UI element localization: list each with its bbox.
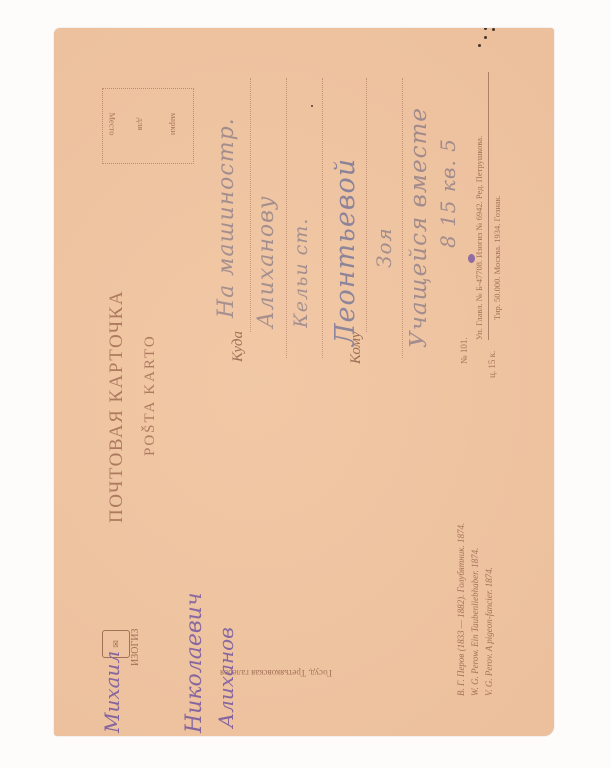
postcard: Место для марки ПОЧТОВАЯ КАРТОЧКА POŠTA … bbox=[54, 28, 554, 736]
stamp-label-2: для bbox=[136, 118, 146, 130]
handwriting-recipient: Леонтьевой bbox=[330, 158, 361, 346]
address-line-1 bbox=[250, 78, 251, 332]
speck bbox=[492, 28, 495, 31]
imprint-line-2: Тир. 50.000. Москва. 1934. Гознак. bbox=[492, 195, 502, 320]
handwriting-line-6: Учащейся вместе bbox=[406, 107, 432, 348]
handwriting-line-7: 8 15 кв. 5 bbox=[436, 138, 460, 248]
address-line-5 bbox=[402, 78, 403, 358]
handwriting-line-2: Алиханову bbox=[254, 195, 279, 328]
handwriting-line-5: Зоя bbox=[372, 227, 396, 268]
speck bbox=[311, 105, 313, 107]
imprint-line-1: Уп. Главл. № Б-47708. Изогиз № 6942. Ред… bbox=[474, 136, 484, 340]
stamp-label-3: марки bbox=[169, 113, 179, 135]
catalog-number: № 101. bbox=[459, 337, 469, 364]
postcard-title-alt: POŠTA KARTO bbox=[142, 334, 159, 456]
handwriting-line-3: Кельи ст. bbox=[290, 218, 312, 328]
sender-line-1: Михаил bbox=[100, 651, 124, 733]
caption-line-3: V. G. Perov. A pigeon-fancier. 1874. bbox=[484, 567, 494, 696]
label-where: Куда bbox=[230, 331, 247, 362]
sender-line-2: Николаевич bbox=[182, 592, 207, 733]
postcard-title: ПОЧТОВАЯ КАРТОЧКА bbox=[106, 290, 128, 523]
handwriting-line-1: На машиностр. bbox=[214, 117, 239, 318]
sender-line-3: Алиханов bbox=[214, 627, 238, 728]
stamp-box: Место для марки bbox=[102, 88, 194, 164]
address-line-4 bbox=[366, 78, 367, 332]
address-line-3 bbox=[322, 78, 323, 358]
address-line-2 bbox=[286, 78, 287, 358]
caption-line-1: В. Г. Перов (1833 — 1882). Голубятник. 1… bbox=[456, 523, 466, 696]
speck bbox=[484, 28, 487, 30]
speck bbox=[478, 44, 481, 47]
stamp-label-1: Место bbox=[108, 112, 118, 135]
speck bbox=[484, 36, 487, 39]
publisher-name: ИЗОГИЗ bbox=[130, 629, 141, 666]
imprint-rule bbox=[488, 72, 489, 340]
price: ц. 15 к. bbox=[487, 351, 497, 378]
caption-line-2: W. G. Perow. Ein Taubenliebhaber. 1874. bbox=[470, 548, 480, 696]
